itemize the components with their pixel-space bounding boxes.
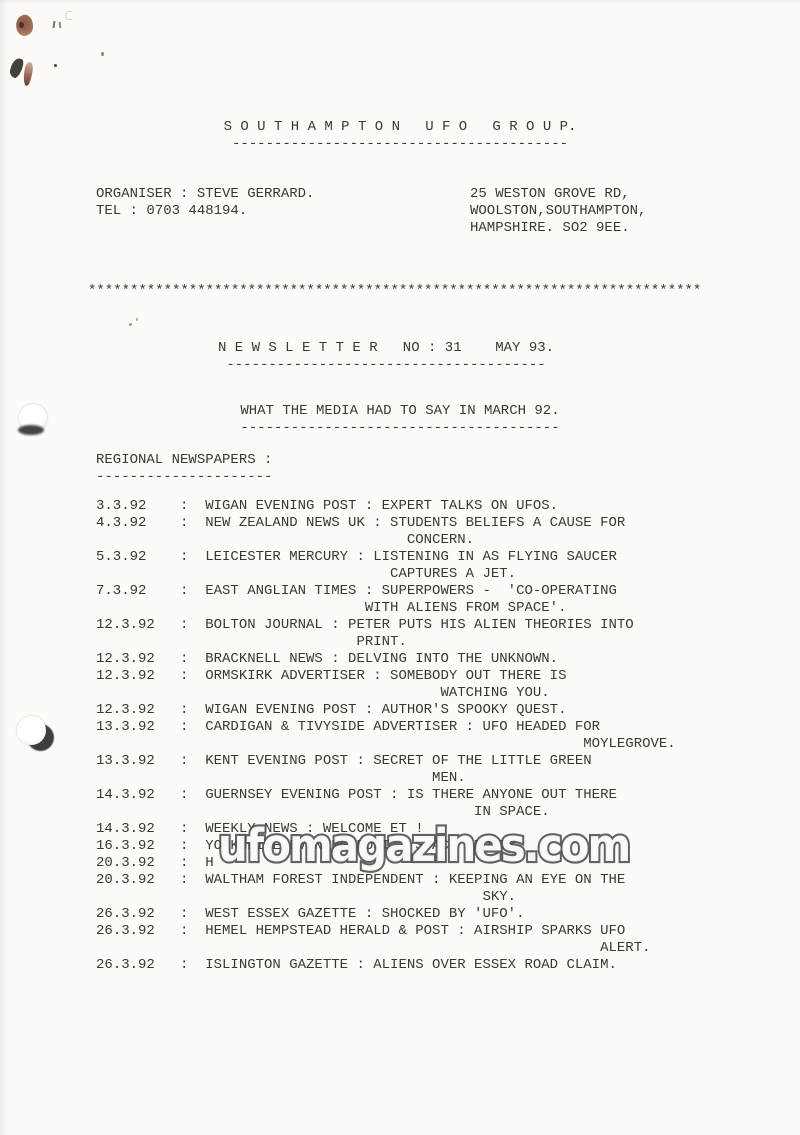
media-row: 26.3.92 : ISLINGTON GAZETTE : ALIENS OVE… [96, 957, 676, 974]
regional-newspapers-label: REGIONAL NEWSPAPERS : [96, 452, 272, 469]
media-row: 13.3.92 : CARDIGAN & TIVYSIDE ADVERTISER… [96, 719, 676, 753]
ink-smudge-1-speck [19, 22, 24, 28]
newsletter-title: N E W S L E T T E R NO : 31 MAY 93. [0, 340, 786, 357]
media-row: 26.3.92 : HEMEL HEMPSTEAD HERALD & POST … [96, 923, 676, 957]
tel-line: TEL : 0703 448194. [96, 203, 314, 220]
newsletter-title-underline: -------------------------------------- [0, 357, 786, 374]
media-row: 5.3.92 : LEICESTER MERCURY : LISTENING I… [96, 549, 676, 583]
asterisk-divider: ****************************************… [88, 283, 701, 300]
media-row: 14.3.92 : GUERNSEY EVENING POST : IS THE… [96, 787, 676, 821]
scan-edge-shadow-top [0, 0, 800, 5]
media-row: 3.3.92 : WIGAN EVENING POST : EXPERT TAL… [96, 498, 676, 515]
section-heading-underline: -------------------------------------- [0, 420, 800, 437]
document-page: S O U T H A M P T O N U F O G R O U P. -… [0, 0, 800, 1135]
media-row: 13.3.92 : KENT EVENING POST : SECRET OF … [96, 753, 676, 787]
address-line-2: WOOLSTON,SOUTHAMPTON, [470, 203, 646, 220]
hole-punch-1-shadow [18, 425, 44, 435]
watermark: ufomagazines.com [218, 821, 629, 871]
ink-smudge-2 [8, 57, 25, 79]
ink-dot-4 [136, 318, 138, 321]
ink-smudge-3 [22, 62, 34, 87]
ink-dot-3 [129, 323, 132, 326]
ink-tick-1 [53, 21, 56, 28]
address-line-3: HAMPSHIRE. SO2 9EE. [470, 220, 646, 237]
newsletter-title-block: N E W S L E T T E R NO : 31 MAY 93. ----… [0, 340, 786, 374]
media-row: 12.3.92 : ORMSKIRK ADVERTISER : SOMEBODY… [96, 668, 676, 702]
ink-dot-2 [101, 52, 104, 56]
ink-dot-1 [54, 64, 57, 67]
header-title-block: S O U T H A M P T O N U F O G R O U P. -… [0, 119, 800, 153]
section-heading-block: WHAT THE MEDIA HAD TO SAY IN MARCH 92. -… [0, 403, 800, 437]
organiser-block: ORGANISER : STEVE GERRARD. TEL : 0703 44… [96, 186, 314, 220]
page-title: S O U T H A M P T O N U F O G R O U P. [0, 119, 800, 136]
address-block: 25 WESTON GROVE RD, WOOLSTON,SOUTHAMPTON… [470, 186, 646, 237]
scan-edge-shadow-left [0, 0, 8, 1135]
media-row: 4.3.92 : NEW ZEALAND NEWS UK : STUDENTS … [96, 515, 676, 549]
ink-tick-2 [59, 22, 62, 28]
address-line-1: 25 WESTON GROVE RD, [470, 186, 646, 203]
media-row: 12.3.92 : BRACKNELL NEWS : DELVING INTO … [96, 651, 676, 668]
media-list: 3.3.92 : WIGAN EVENING POST : EXPERT TAL… [96, 498, 676, 974]
regional-newspapers-underline: --------------------- [96, 469, 272, 486]
section-heading: WHAT THE MEDIA HAD TO SAY IN MARCH 92. [0, 403, 800, 420]
ink-smudge-1 [14, 13, 35, 37]
media-row: 12.3.92 : WIGAN EVENING POST : AUTHOR'S … [96, 702, 676, 719]
hole-punch-2 [17, 716, 46, 745]
ink-mark-faint [65, 11, 72, 20]
media-row: 20.3.92 : WALTHAM FOREST INDEPENDENT : K… [96, 872, 676, 906]
regional-newspapers-block: REGIONAL NEWSPAPERS : ------------------… [96, 452, 272, 486]
media-row: 7.3.92 : EAST ANGLIAN TIMES : SUPERPOWER… [96, 583, 676, 617]
media-row: 12.3.92 : BOLTON JOURNAL : PETER PUTS HI… [96, 617, 676, 651]
media-row: 26.3.92 : WEST ESSEX GAZETTE : SHOCKED B… [96, 906, 676, 923]
page-title-underline: ---------------------------------------- [0, 136, 800, 153]
organiser-line: ORGANISER : STEVE GERRARD. [96, 186, 314, 203]
